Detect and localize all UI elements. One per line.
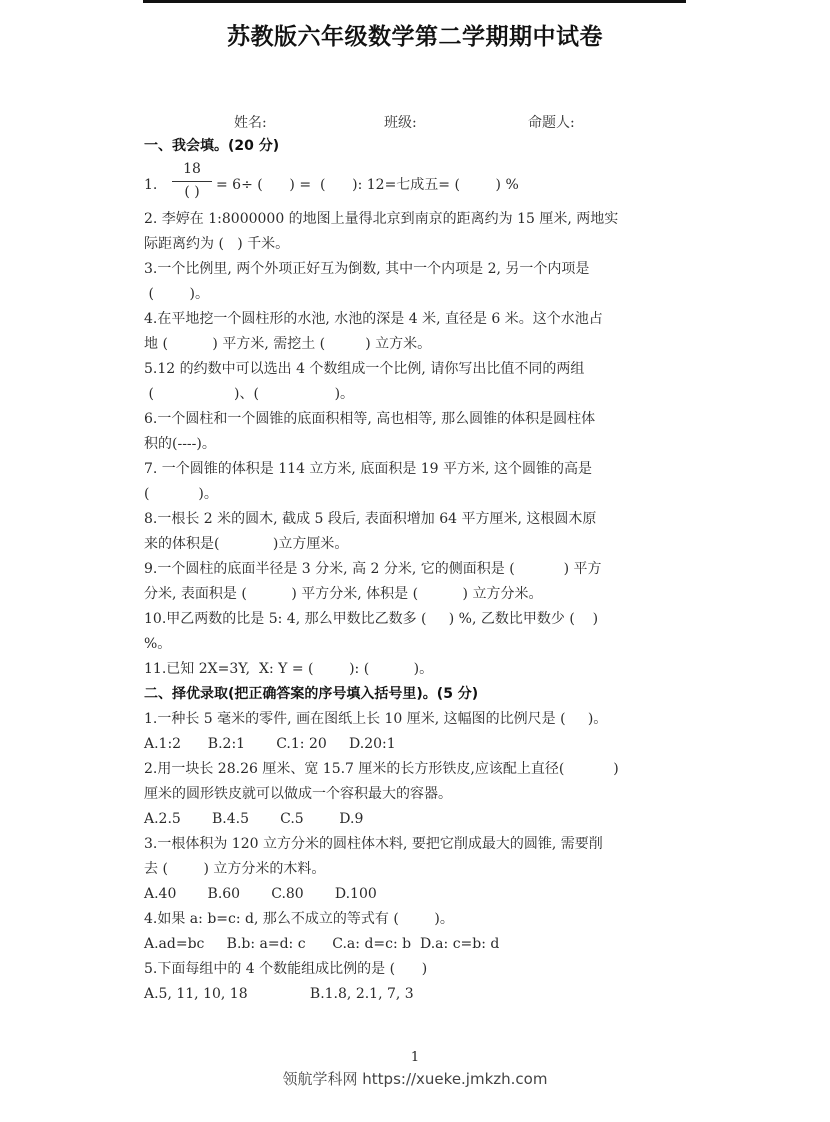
question-1-text: = 6÷ ( ) = ( ): 12=七成五= ( ) %: [216, 173, 519, 198]
question-line: 地 ( ) 平方米, 需挖土 ( ) 立方米。: [144, 332, 689, 357]
section2-heading: 二、择优录取(把正确答案的序号填入括号里)。(5 分): [144, 682, 689, 707]
answer-options: A.ad=bc B.b: a=d: c C.a: d=c: b D.a: c=b…: [144, 932, 689, 957]
question-line: 际距离约为 ( ) 千米。: [144, 232, 689, 257]
question-line: ( )。: [144, 482, 689, 507]
answer-options: A.1:2 B.2:1 C.1: 20 D.20:1: [144, 732, 689, 757]
question-line: 3.一根体积为 120 立方分米的圆柱体木料, 要把它削成最大的圆锥, 需要削: [144, 832, 689, 857]
page-title: 苏教版六年级数学第二学期期中试卷: [0, 18, 830, 51]
exam-content: 一、我会填。(20 分) 1. 18 ( ) = 6÷ ( ) = ( ): 1…: [144, 134, 689, 1007]
fraction: 18 ( ): [172, 159, 212, 202]
answer-options: A.2.5 B.4.5 C.5 D.9: [144, 807, 689, 832]
fraction-denominator: ( ): [172, 182, 212, 202]
watermark-link[interactable]: 领航学科网 https://xueke.jmkzh.com: [0, 1068, 830, 1089]
question-line: 9.一个圆柱的底面半径是 3 分米, 高 2 分米, 它的侧面积是 ( ) 平方: [144, 557, 689, 582]
section1-questions: 2. 李婷在 1:8000000 的地图上量得北京到南京的距离约为 15 厘米,…: [144, 207, 689, 682]
answer-options: A.5, 11, 10, 18 B.1.8, 2.1, 7, 3: [144, 982, 689, 1007]
question-line: 4.在平地挖一个圆柱形的水池, 水池的深是 4 米, 直径是 6 米。这个水池占: [144, 307, 689, 332]
question-line: 5.下面每组中的 4 个数能组成比例的是 ( ): [144, 957, 689, 982]
section1-heading: 一、我会填。(20 分): [144, 134, 689, 159]
question-line: 1.一种长 5 毫米的零件, 画在图纸上长 10 厘米, 这幅图的比例尺是 ( …: [144, 707, 689, 732]
question-line: 2. 李婷在 1:8000000 的地图上量得北京到南京的距离约为 15 厘米,…: [144, 207, 689, 232]
class-label: 班级:: [384, 112, 417, 132]
question-line: %。: [144, 632, 689, 657]
question-line: 4.如果 a: b=c: d, 那么不成立的等式有 ( )。: [144, 907, 689, 932]
top-rule: [143, 0, 686, 3]
page-number: 1: [0, 1050, 830, 1065]
name-label: 姓名:: [234, 112, 267, 132]
question-number: 1.: [144, 173, 157, 198]
question-line: 去 ( ) 立方分米的木料。: [144, 857, 689, 882]
author-label: 命题人:: [528, 112, 575, 132]
question-line: ( )、( )。: [144, 382, 689, 407]
question-line: 11.已知 2X=3Y, X: Y = ( ): ( )。: [144, 657, 689, 682]
question-line: ( )。: [144, 282, 689, 307]
section2-questions: 1.一种长 5 毫米的零件, 画在图纸上长 10 厘米, 这幅图的比例尺是 ( …: [144, 707, 689, 1007]
question-line: 10.甲乙两数的比是 5: 4, 那么甲数比乙数多 ( ) %, 乙数比甲数少 …: [144, 607, 689, 632]
question-1: 1. 18 ( ) = 6÷ ( ) = ( ): 12=七成五= ( ) %: [144, 159, 689, 207]
question-line: 7. 一个圆锥的体积是 114 立方米, 底面积是 19 平方米, 这个圆锥的高…: [144, 457, 689, 482]
question-line: 积的(----)。: [144, 432, 689, 457]
answer-options: A.40 B.60 C.80 D.100: [144, 882, 689, 907]
student-info-row: 姓名: 班级: 命题人:: [0, 112, 830, 132]
question-line: 分米, 表面积是 ( ) 平方分米, 体积是 ( ) 立方分米。: [144, 582, 689, 607]
question-line: 厘米的圆形铁皮就可以做成一个容积最大的容器。: [144, 782, 689, 807]
question-line: 来的体积是( )立方厘米。: [144, 532, 689, 557]
question-line: 2.用一块长 28.26 厘米、宽 15.7 厘米的长方形铁皮,应该配上直径( …: [144, 757, 689, 782]
question-line: 5.12 的约数中可以选出 4 个数组成一个比例, 请你写出比值不同的两组: [144, 357, 689, 382]
question-line: 8.一根长 2 米的圆木, 截成 5 段后, 表面积增加 64 平方厘米, 这根…: [144, 507, 689, 532]
fraction-numerator: 18: [172, 159, 212, 179]
question-line: 3.一个比例里, 两个外项正好互为倒数, 其中一个内项是 2, 另一个内项是: [144, 257, 689, 282]
question-line: 6.一个圆柱和一个圆锥的底面积相等, 高也相等, 那么圆锥的体积是圆柱体: [144, 407, 689, 432]
